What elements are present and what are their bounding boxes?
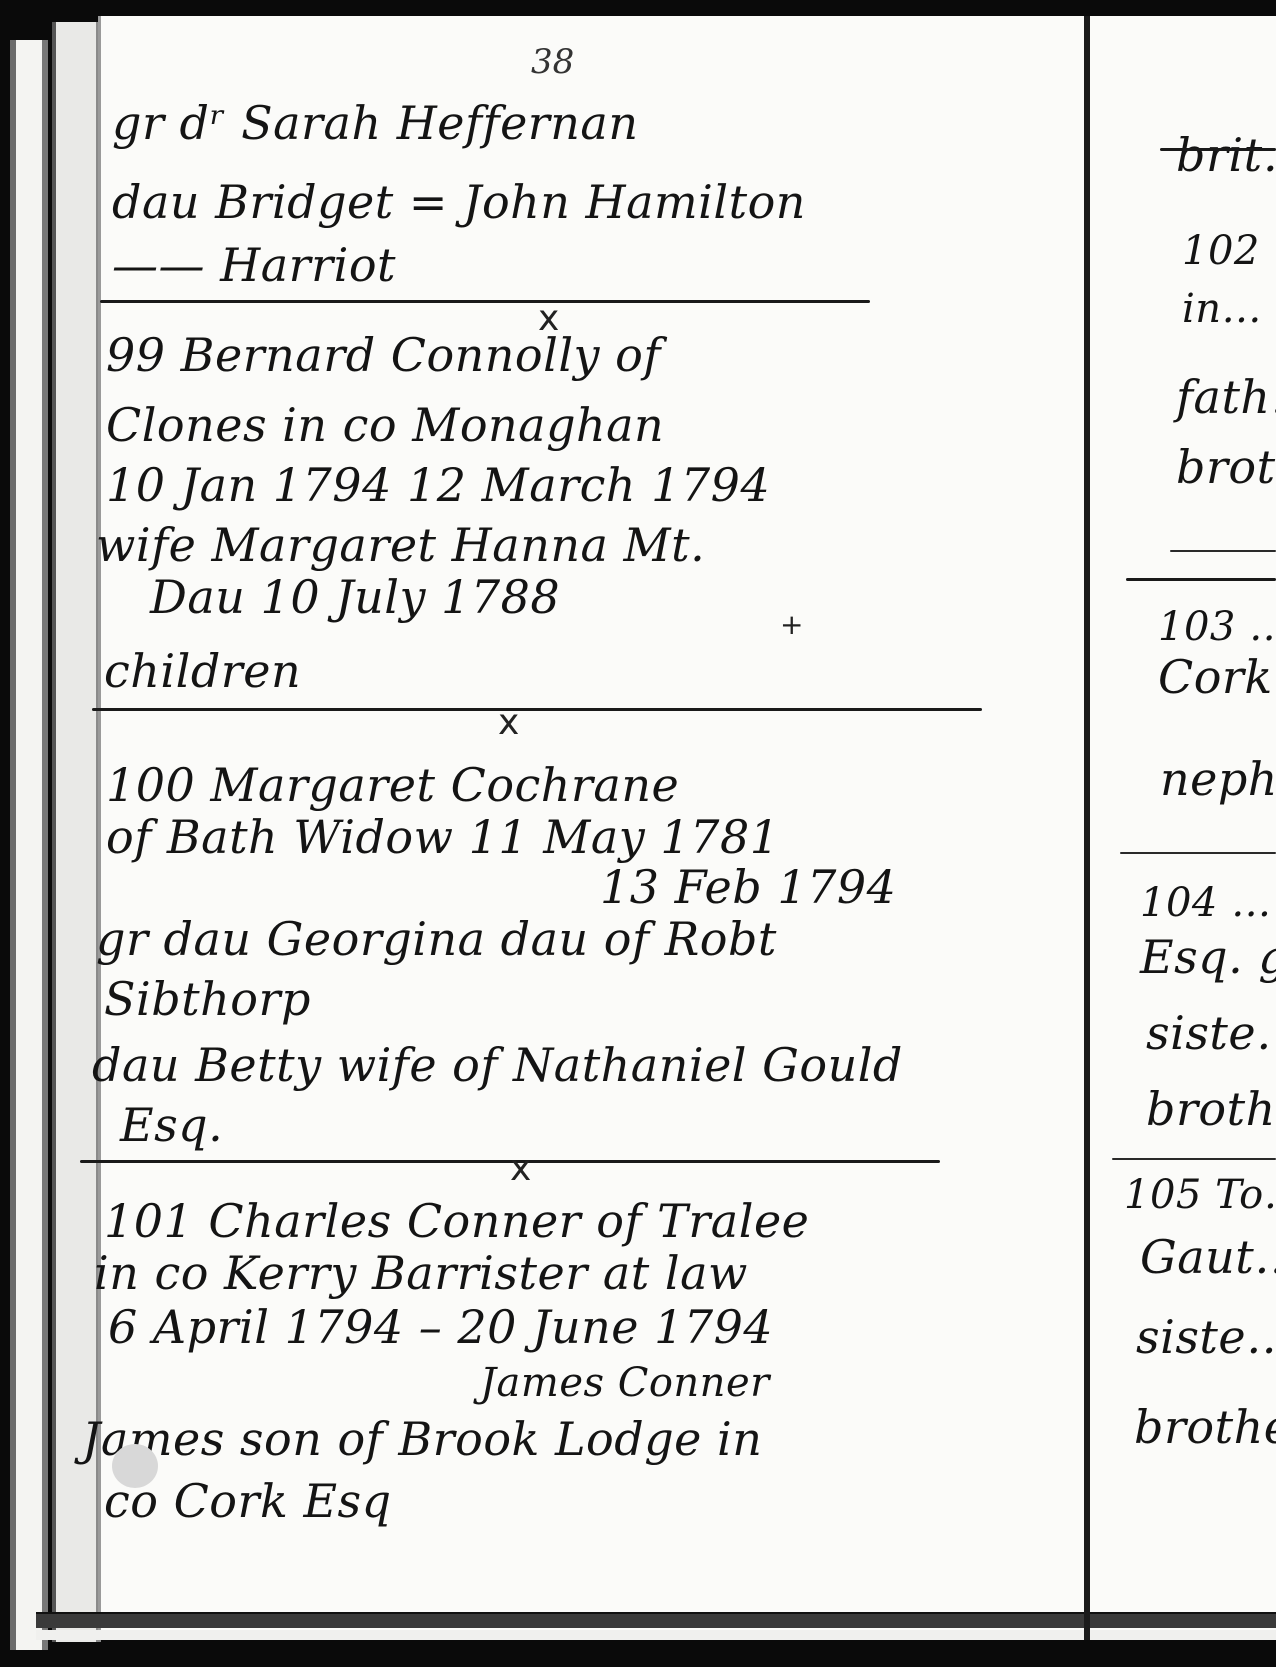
entry-99-line: Dau 10 July 1788 bbox=[150, 570, 560, 624]
entry-100-line: of Bath Widow 11 May 1781 bbox=[106, 810, 779, 864]
entry-101-line: co Cork Esq bbox=[104, 1474, 392, 1528]
right-fragment: neph… bbox=[1160, 752, 1276, 806]
entry-101-line: in co Kerry Barrister at law bbox=[94, 1246, 748, 1300]
binding-strip-outer bbox=[10, 40, 48, 1650]
entry-99-line: children bbox=[104, 644, 301, 698]
entry-separator bbox=[1112, 1158, 1276, 1160]
entry-100-line: dau Betty wife of Nathaniel Gould bbox=[92, 1038, 903, 1092]
binding-strip-inner bbox=[52, 22, 101, 1642]
entry-separator bbox=[100, 300, 870, 303]
plus-mark: + bbox=[780, 608, 803, 641]
continuation-line: dau Bridget = John Hamilton bbox=[112, 175, 806, 229]
entry-100-line: 13 Feb 1794 bbox=[600, 860, 896, 914]
right-fragment: 104 … bbox=[1140, 880, 1272, 926]
entry-separator bbox=[1126, 578, 1276, 581]
entry-100-line: Esq. bbox=[120, 1098, 223, 1152]
cross-mark: x bbox=[498, 702, 519, 743]
entry-99-line: wife Margaret Hanna Mt. bbox=[96, 518, 705, 572]
continuation-line: —— Harriot bbox=[112, 238, 396, 292]
entry-separator bbox=[1170, 550, 1276, 552]
right-fragment: Cork… bbox=[1158, 650, 1276, 704]
entry-separator bbox=[1120, 852, 1276, 854]
entry-99-line: 99 Bernard Connolly of bbox=[106, 328, 661, 382]
right-fragment: siste… bbox=[1136, 1310, 1276, 1364]
right-fragment: brot… bbox=[1176, 440, 1276, 494]
right-fragment: Esq. g… bbox=[1140, 930, 1276, 984]
entry-100-line: 100 Margaret Cochrane bbox=[106, 758, 679, 812]
entry-99-line: Clones in co Monaghan bbox=[106, 398, 664, 452]
entry-100-line: Sibthorp bbox=[104, 972, 311, 1026]
entry-separator bbox=[92, 708, 982, 711]
continuation-line: gr dʳ Sarah Heffernan bbox=[112, 96, 638, 150]
right-fragment: 102 … bbox=[1182, 228, 1276, 274]
right-fragment: Gaut… bbox=[1140, 1230, 1276, 1284]
right-fragment: brit… bbox=[1176, 128, 1276, 182]
entry-100-line: gr dau Georgina dau of Robt bbox=[96, 912, 777, 966]
right-fragment: brothe… bbox=[1134, 1400, 1276, 1454]
page-gutter-divider bbox=[1084, 16, 1090, 1640]
right-fragment: 103 … bbox=[1158, 604, 1276, 650]
right-fragment: siste… bbox=[1146, 1006, 1276, 1060]
entry-101-line: James son of Brook Lodge in bbox=[82, 1412, 762, 1466]
right-fragment: 105 To… bbox=[1124, 1172, 1276, 1218]
entry-101-line: 6 April 1794 – 20 June 1794 bbox=[108, 1300, 773, 1354]
entry-99-line: 10 Jan 1794 12 March 1794 bbox=[106, 458, 770, 512]
right-fragment: fath… bbox=[1176, 370, 1276, 424]
right-fragment: in… bbox=[1182, 286, 1262, 332]
page-bottom-edge-light bbox=[36, 1630, 1276, 1640]
entry-separator bbox=[1160, 148, 1276, 151]
entry-101-line: James Conner bbox=[480, 1360, 770, 1406]
entry-101-line: 101 Charles Conner of Tralee bbox=[104, 1194, 809, 1248]
right-fragment: broth… bbox=[1146, 1082, 1276, 1136]
cross-mark: x bbox=[510, 1148, 531, 1189]
page-number: 38 bbox=[531, 42, 574, 82]
page-bottom-edge bbox=[36, 1612, 1276, 1628]
